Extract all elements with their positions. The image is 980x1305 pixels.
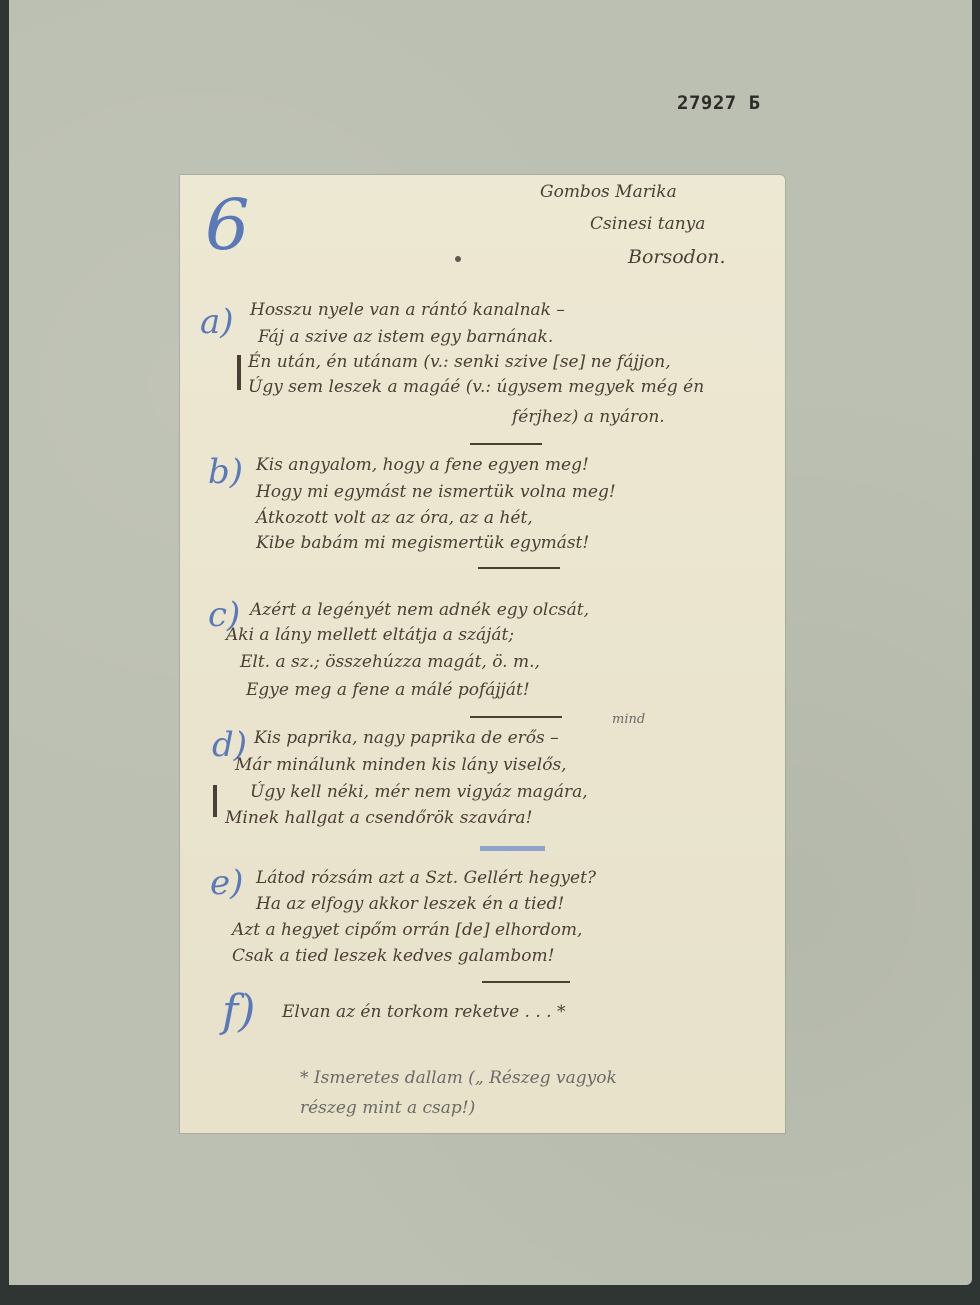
- verse-a-line-4: Úgy sem leszek a magáé (v.: úgysem megye…: [248, 377, 704, 397]
- blue-separator-rule: [480, 846, 545, 851]
- verse-marker-f: f): [222, 990, 255, 1034]
- section-dot: [455, 256, 461, 262]
- verse-c-line-1: Azért a legényét nem adnék egy olcsát,: [250, 600, 589, 620]
- section-number: 6: [205, 190, 250, 260]
- verse-marker-a: a): [200, 305, 234, 339]
- verse-b-line-1: Kis angyalom, hogy a fene egyen meg!: [256, 455, 589, 475]
- verse-d-line-1: Kis paprika, nagy paprika de erős –: [254, 728, 559, 748]
- verse-a-line-2: Fáj a szive az istem egy barnának.: [258, 327, 553, 347]
- verse-e-line-2: Ha az elfogy akkor leszek én a tied!: [256, 894, 564, 914]
- verse-d-line-3: Úgy kell néki, mér nem vigyáz magára,: [250, 782, 588, 802]
- footnote-line-1: * Ismeretes dallam („ Részeg vagyok: [300, 1068, 617, 1088]
- header-place: Csinesi tanya: [590, 214, 705, 234]
- catalog-number: 27927 Б: [677, 92, 761, 114]
- verse-c-line-4: Egye meg a fene a málé pofájját!: [246, 680, 530, 700]
- verse-a-line-5: férjhez) a nyáron.: [512, 407, 665, 427]
- verse-b-line-3: Átkozott volt az az óra, az a hét,: [256, 508, 533, 528]
- verse-f-line-1: Elvan az én torkom reketve . . . *: [282, 1002, 565, 1022]
- header-town: Borsodon.: [628, 246, 726, 268]
- verse-d-correction: mind: [612, 712, 645, 727]
- separator-rule: [470, 443, 542, 445]
- verse-marker-e: e): [210, 866, 243, 900]
- verse-e-line-4: Csak a tied leszek kedves galambom!: [232, 946, 555, 966]
- verse-a-line-3: Én után, én utánam (v.: senki szive [se]…: [248, 352, 671, 372]
- verse-b-line-4: Kibe babám mi megismertük egymást!: [256, 533, 589, 553]
- verse-d-line-4: Minek hallgat a csendőrök szavára!: [225, 808, 532, 828]
- verse-c-line-3: Elt. a sz.; összehúzza magát, ö. m.,: [240, 652, 540, 672]
- verse-e-line-1: Látod rózsám azt a Szt. Gellért hegyet?: [256, 868, 596, 888]
- separator-rule: [470, 716, 562, 718]
- repeat-bar-a: [237, 355, 241, 390]
- header-singer: Gombos Marika: [540, 182, 677, 202]
- verse-d-line-2: Már minálunk minden kis lány viselős,: [235, 755, 567, 775]
- verse-b-line-2: Hogy mi egymást ne ismertük volna meg!: [256, 482, 616, 502]
- verse-e-line-3: Azt a hegyet cipőm orrán [de] elhordom,: [232, 920, 582, 940]
- verse-c-line-2: Aki a lány mellett eltátja a száját;: [226, 625, 514, 645]
- separator-rule: [482, 981, 570, 983]
- verse-marker-b: b): [208, 455, 243, 489]
- repeat-bar-d: [213, 785, 217, 817]
- verse-a-line-1: Hosszu nyele van a rántó kanalnak –: [250, 300, 565, 320]
- footnote-line-2: részeg mint a csap!): [300, 1098, 475, 1118]
- separator-rule: [478, 567, 560, 569]
